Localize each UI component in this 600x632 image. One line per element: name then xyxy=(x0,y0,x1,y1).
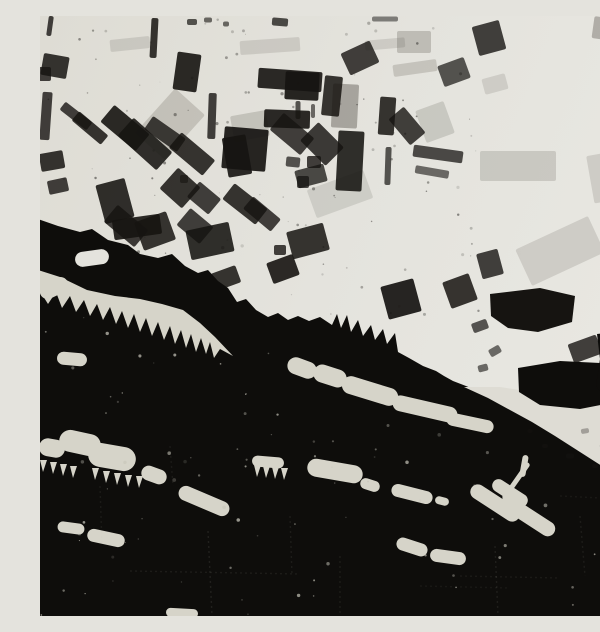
white-speckle xyxy=(473,484,475,486)
white-speckle xyxy=(107,488,108,489)
dark-speckle xyxy=(393,145,396,148)
white-speckle xyxy=(246,459,248,461)
dark-speckle xyxy=(356,104,357,105)
white-speckle xyxy=(62,589,64,591)
white-speckle xyxy=(229,567,231,569)
ink-mark xyxy=(187,19,197,25)
ink-mark xyxy=(223,22,229,27)
ink-mark xyxy=(284,71,319,101)
white-speckle xyxy=(241,599,243,601)
dark-speckle xyxy=(154,195,155,196)
ink-mark xyxy=(311,104,315,118)
dark-speckle xyxy=(475,150,476,151)
artwork-svg xyxy=(40,16,600,616)
ink-mark xyxy=(274,245,286,255)
white-speckle xyxy=(294,523,296,525)
dark-speckle xyxy=(323,263,325,265)
white-speckle xyxy=(138,539,139,540)
white-speckle xyxy=(331,466,332,467)
dark-speckle xyxy=(456,186,459,189)
white-speckle xyxy=(419,499,421,501)
white-speckle xyxy=(123,461,126,464)
white-speckle xyxy=(81,460,84,463)
dark-speckle xyxy=(371,221,373,223)
dark-speckle xyxy=(78,38,81,41)
faint-smudge-mark xyxy=(480,151,556,181)
dark-speckle xyxy=(470,227,473,230)
white-speckle xyxy=(334,482,335,483)
white-speckle xyxy=(141,518,143,520)
white-speckle xyxy=(111,556,114,559)
dark-speckle xyxy=(416,42,419,45)
dark-speckle xyxy=(335,197,336,198)
white-speckle xyxy=(398,495,400,497)
dark-speckle xyxy=(283,196,284,197)
white-speckle xyxy=(83,317,84,318)
white-speckle xyxy=(375,448,377,450)
white-speckle xyxy=(345,517,346,518)
white-speckle xyxy=(78,533,81,536)
dark-speckle xyxy=(165,253,166,254)
white-speckle xyxy=(314,455,316,457)
dark-speckle xyxy=(94,177,96,179)
ink-mark xyxy=(204,18,212,23)
ink-mark xyxy=(372,17,398,22)
white-speckle xyxy=(571,586,574,589)
white-speckle xyxy=(84,593,85,594)
dark-speckle xyxy=(367,22,370,25)
white-speckle xyxy=(173,354,176,357)
white-speckle xyxy=(183,460,187,464)
dark-speckle xyxy=(457,213,459,215)
white-speckle xyxy=(245,465,247,467)
dark-speckle xyxy=(372,148,375,151)
white-speckle xyxy=(313,595,315,597)
white-speckle xyxy=(276,413,278,415)
tongue-fleck xyxy=(528,429,533,433)
white-speckle xyxy=(594,553,596,555)
dark-speckle xyxy=(432,27,435,30)
dark-speckle xyxy=(235,53,238,56)
dark-speckle xyxy=(219,192,220,193)
white-speckle xyxy=(41,614,43,616)
dark-speckle xyxy=(470,255,471,256)
white-speckle xyxy=(190,457,191,458)
dark-speckle xyxy=(151,177,153,179)
white-speckle xyxy=(387,424,390,427)
white-speckle xyxy=(486,451,489,454)
white-speckle xyxy=(236,518,240,522)
dark-speckle xyxy=(104,30,107,33)
dark-speckle xyxy=(129,158,130,159)
ink-mark xyxy=(180,175,188,183)
white-speckle xyxy=(198,474,200,476)
white-speckle xyxy=(437,433,441,437)
dark-speckle xyxy=(375,122,377,124)
dark-speckle xyxy=(292,106,294,108)
white-speckle xyxy=(247,613,249,615)
dark-speckle xyxy=(126,110,128,112)
white-speckle xyxy=(313,579,315,581)
dark-speckle xyxy=(312,187,315,190)
white-speckle xyxy=(220,363,222,365)
dark-speckle xyxy=(87,92,89,94)
tongue-fleck xyxy=(592,464,598,468)
dark-speckle xyxy=(215,122,218,125)
dark-speckle xyxy=(280,92,283,95)
dark-speckle xyxy=(241,244,244,247)
white-speckle xyxy=(313,440,315,442)
dark-speckle xyxy=(259,194,260,195)
dark-speckle xyxy=(471,243,473,245)
white-speckle xyxy=(572,604,574,606)
dark-speckle xyxy=(427,181,430,184)
white-speckle xyxy=(367,481,369,483)
white-speckle xyxy=(79,540,80,541)
dark-speckle xyxy=(426,190,428,192)
white-speckle xyxy=(181,581,182,582)
dark-speckle xyxy=(242,29,245,32)
ink-mark xyxy=(286,156,301,167)
dark-speckle xyxy=(159,82,160,83)
dark-speckle xyxy=(477,310,479,312)
white-speckle xyxy=(110,396,112,398)
dark-speckle xyxy=(245,34,246,35)
white-speckle xyxy=(244,412,247,415)
white-speckle xyxy=(122,392,123,393)
white-speckle xyxy=(326,562,329,565)
dark-speckle xyxy=(244,91,247,94)
ink-mark xyxy=(40,67,51,81)
dark-speckle xyxy=(374,29,377,32)
dark-speckle xyxy=(204,23,206,25)
white-speckle xyxy=(491,518,493,520)
dark-speckle xyxy=(470,135,472,137)
dark-speckle xyxy=(95,58,97,60)
dark-speckle xyxy=(231,30,234,33)
dark-speckle xyxy=(288,221,289,222)
white-speckle xyxy=(268,353,270,355)
dark-speckle xyxy=(296,224,299,227)
white-speckle xyxy=(425,554,427,556)
ink-mark xyxy=(221,126,268,172)
dark-speckle xyxy=(330,313,331,314)
white-speckle xyxy=(452,574,455,577)
dark-speckle xyxy=(225,56,228,59)
dark-speckle xyxy=(416,115,418,117)
white-speckle xyxy=(405,461,409,465)
dark-speckle xyxy=(92,168,93,169)
dark-speckle xyxy=(402,99,404,101)
dark-speckle xyxy=(321,273,323,275)
dark-speckle xyxy=(345,33,348,36)
white-speckle xyxy=(153,362,154,363)
white-speckle xyxy=(105,412,107,414)
dark-speckle xyxy=(139,85,140,86)
ink-mark xyxy=(335,130,364,191)
white-speckle xyxy=(222,505,226,509)
dark-speckle xyxy=(461,253,464,256)
dark-speckle xyxy=(188,110,189,111)
white-speckle xyxy=(257,535,259,537)
white-speckle xyxy=(117,401,119,403)
dark-speckle xyxy=(360,286,363,289)
dark-speckle xyxy=(404,268,407,271)
dark-speckle xyxy=(333,195,335,197)
white-speckle xyxy=(544,503,548,507)
artwork xyxy=(40,16,600,616)
white-speckle xyxy=(297,594,300,597)
dark-speckle xyxy=(248,91,250,93)
white-speckle xyxy=(271,434,272,435)
dark-speckle xyxy=(363,98,364,99)
tongue-fleck xyxy=(542,444,548,448)
white-speckle xyxy=(498,556,501,559)
dark-speckle xyxy=(226,121,229,124)
ink-mark xyxy=(272,17,289,26)
tongue-fleck xyxy=(566,454,574,459)
dark-speckle xyxy=(423,313,426,316)
white-speckle xyxy=(71,366,74,369)
dark-speckle xyxy=(92,30,94,32)
white-speckle xyxy=(83,521,86,524)
white-speckle xyxy=(112,580,113,581)
dark-speckle xyxy=(174,113,177,116)
dark-speckle xyxy=(291,294,292,295)
white-speckle xyxy=(245,394,246,395)
white-speckle xyxy=(106,332,109,335)
white-speckle xyxy=(138,354,141,357)
dark-speckle xyxy=(216,18,218,20)
white-speckle xyxy=(125,542,126,543)
white-speckle xyxy=(332,440,334,442)
ink-mark xyxy=(207,93,217,139)
white-speckle xyxy=(504,544,507,547)
dark-speckle xyxy=(469,119,470,120)
dark-speckle xyxy=(346,267,348,269)
white-speckle xyxy=(45,331,47,333)
white-speckle xyxy=(374,456,376,458)
dark-speckle xyxy=(354,74,355,75)
dark-speckle xyxy=(305,224,307,226)
white-speckle xyxy=(236,448,238,450)
